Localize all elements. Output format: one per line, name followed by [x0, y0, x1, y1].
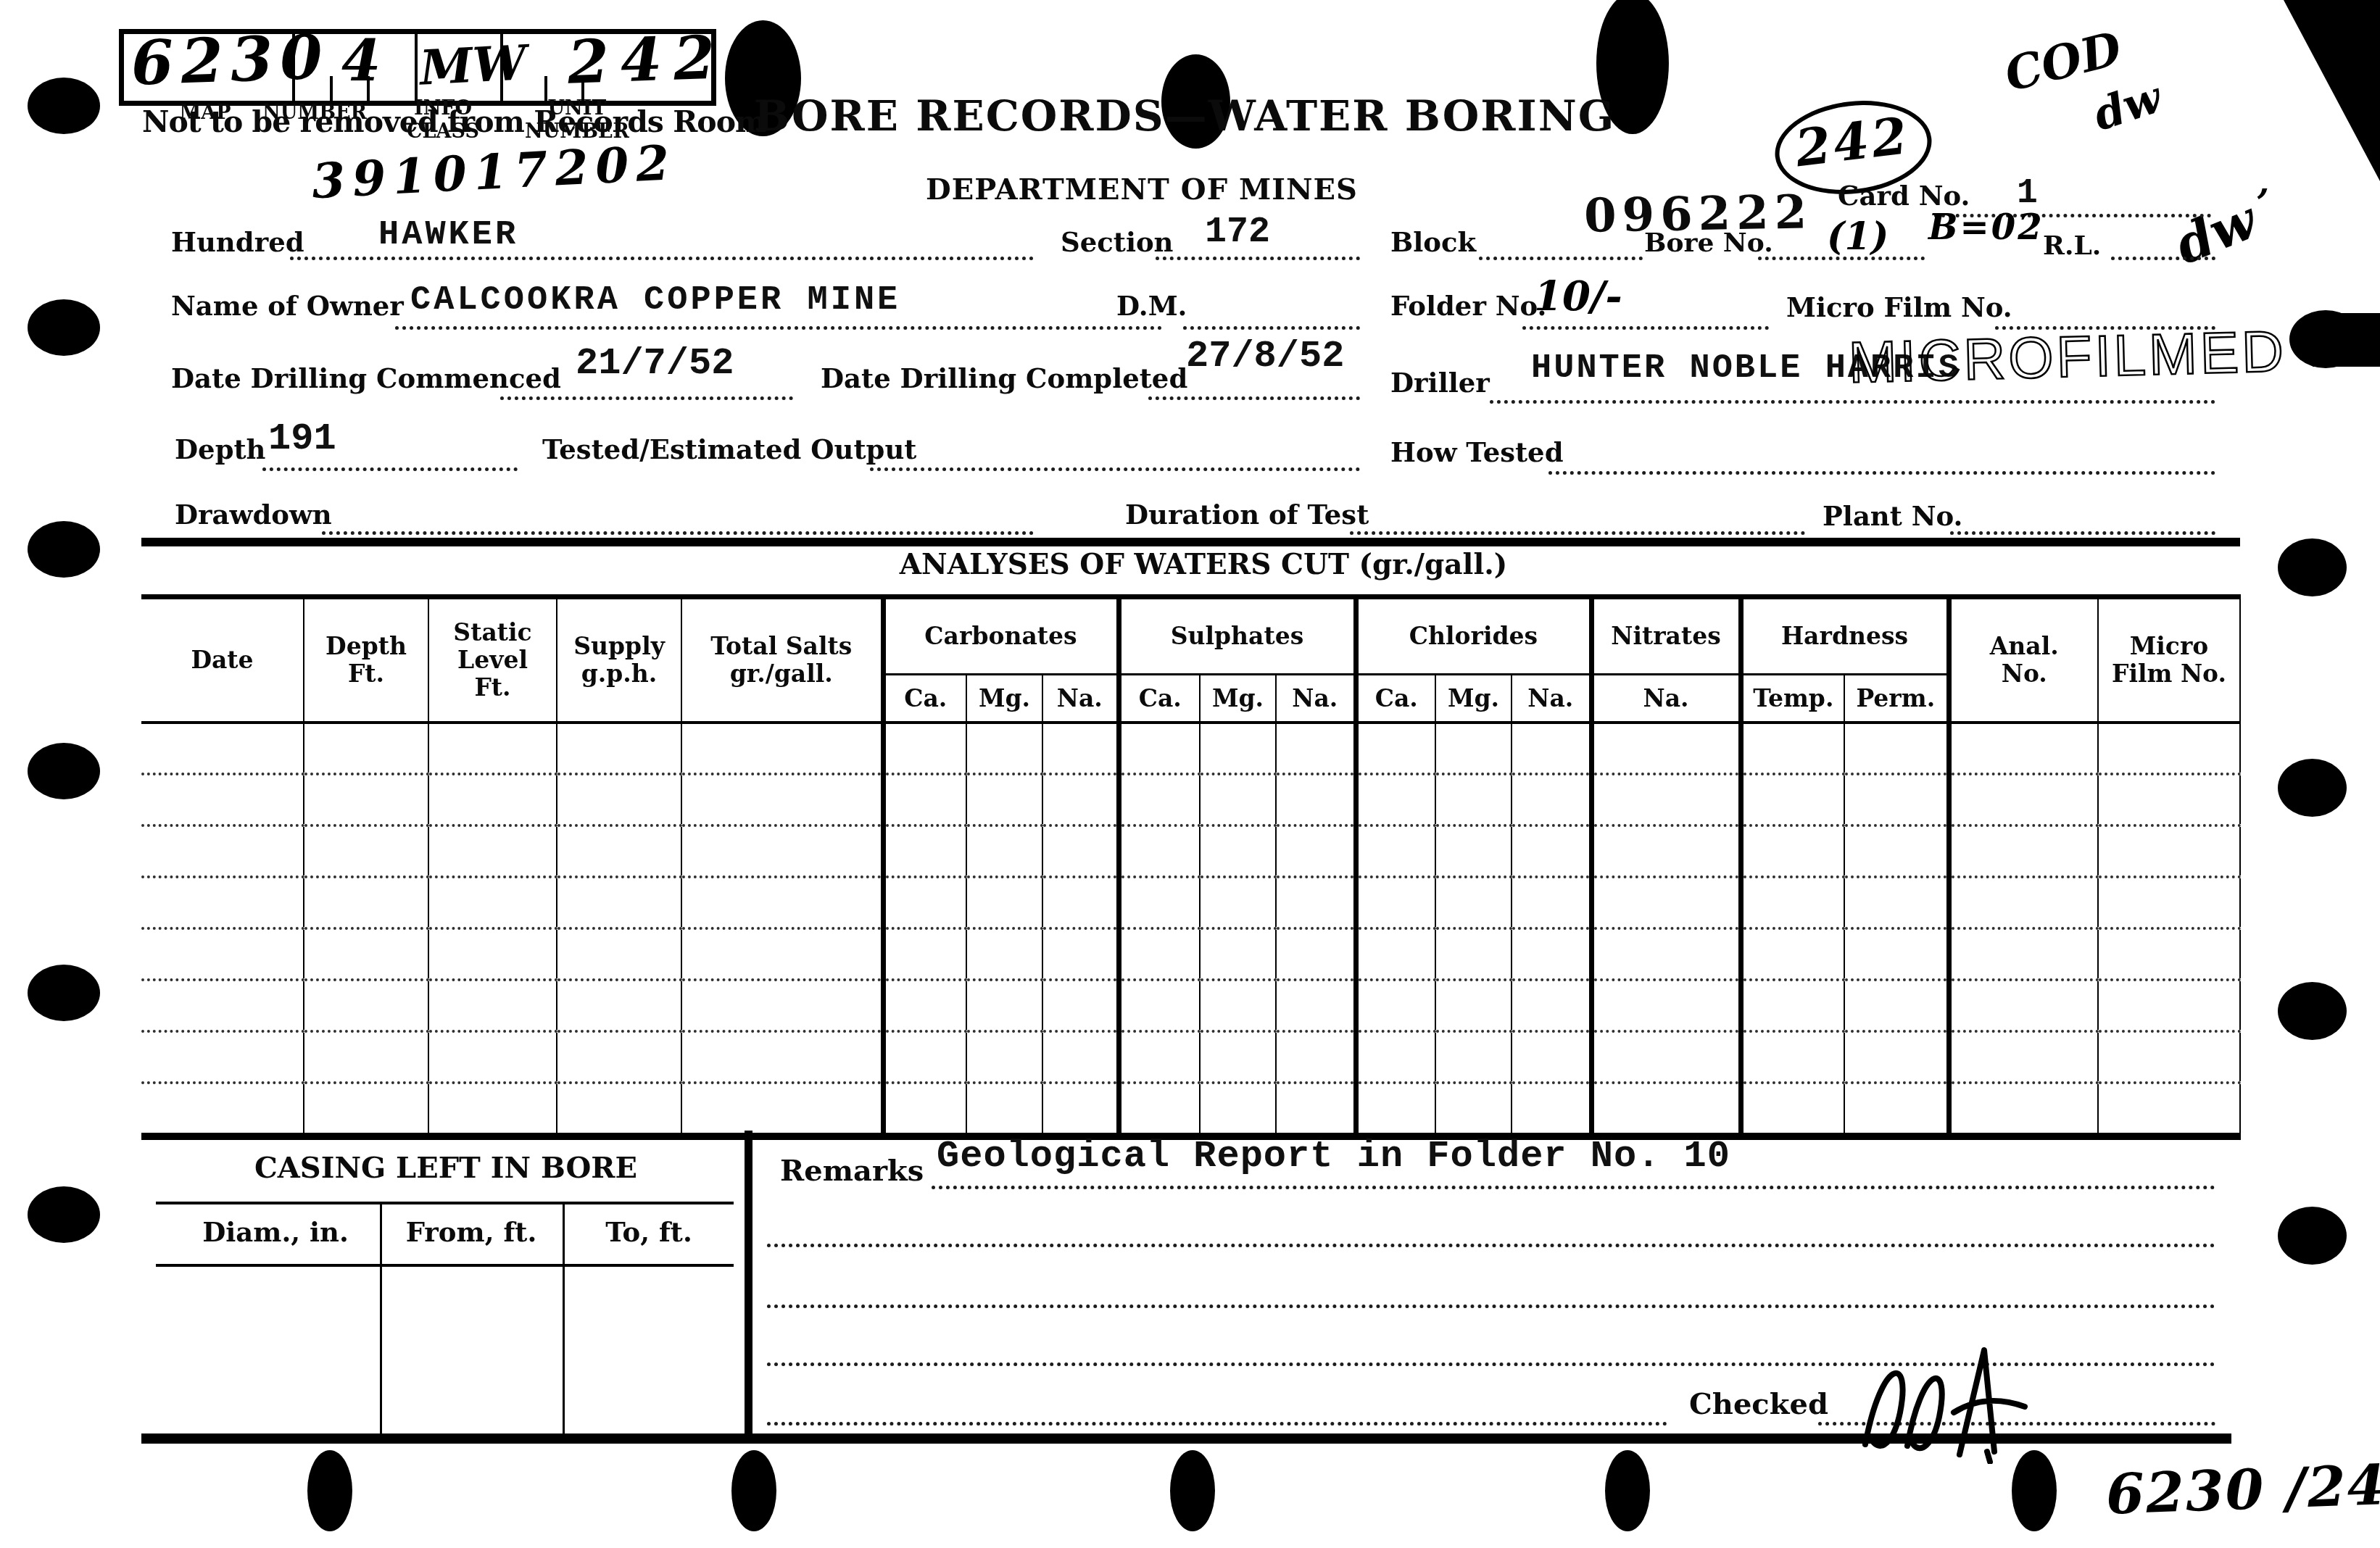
unit-number-value: 242	[566, 22, 727, 98]
analyses-empty-cell	[1119, 723, 1200, 774]
file-number: 391017202	[310, 134, 678, 209]
analyses-empty-cell	[557, 980, 681, 1031]
analyses-empty-cell	[1741, 774, 1844, 825]
sub-hardness-temp: Temp.	[1741, 675, 1844, 723]
analyses-empty-cell	[1356, 774, 1435, 825]
analyses-empty-cell	[1119, 877, 1200, 928]
rl-value: B=02	[1928, 207, 2044, 248]
analyses-empty-cell	[681, 1083, 883, 1136]
output-line	[870, 467, 1360, 471]
block-label: Block	[1390, 226, 1476, 258]
analyses-empty-cell	[1844, 1083, 1949, 1136]
driller-label: Driller	[1390, 367, 1490, 399]
analyses-empty-cell	[883, 877, 966, 928]
page-subtitle: DEPARTMENT OF MINES	[841, 172, 1443, 207]
analyses-empty-cell	[1949, 723, 2098, 774]
analyses-empty-cell	[1042, 980, 1119, 1031]
analyses-empty-cell	[1119, 980, 1200, 1031]
analyses-empty-cell	[1435, 877, 1512, 928]
sub-chlorides-mg: Mg.	[1435, 675, 1512, 723]
analyses-empty-cell	[1949, 774, 2098, 825]
analyses-empty-cell	[1356, 1031, 1435, 1083]
sub-sulphates-ca: Ca.	[1119, 675, 1200, 723]
sub-sulphates-mg: Mg.	[1200, 675, 1276, 723]
analyses-empty-cell	[1200, 774, 1276, 825]
analyses-empty-cell	[1042, 928, 1119, 980]
analyses-empty-cell	[2098, 774, 2240, 825]
owner-label: Name of Owner	[171, 290, 404, 322]
analyses-empty-cell	[141, 980, 304, 1031]
box-divider	[415, 34, 418, 101]
col-date: Date	[141, 597, 304, 723]
analyses-empty-cell	[1200, 1031, 1276, 1083]
analyses-empty-cell	[1356, 825, 1435, 877]
hundred-label: Hundred	[171, 226, 304, 258]
analyses-empty-cell	[1591, 1031, 1741, 1083]
sub-carbonates-ca: Ca.	[883, 675, 966, 723]
analyses-empty-cell	[1844, 825, 1949, 877]
analyses-empty-cell	[1591, 980, 1741, 1031]
analyses-empty-cell	[966, 928, 1042, 980]
analyses-empty-cell	[1042, 825, 1119, 877]
duration-label: Duration of Test	[1125, 499, 1369, 530]
analyses-empty-cell	[681, 723, 883, 774]
analyses-empty-cell	[1200, 723, 1276, 774]
punch-hole	[1605, 1450, 1650, 1531]
analyses-empty-cell	[1844, 723, 1949, 774]
punch-hole	[731, 1450, 776, 1531]
analyses-empty-cell	[883, 980, 966, 1031]
casing-col-from: From, ft.	[388, 1216, 555, 1248]
analyses-empty-cell	[1119, 1083, 1200, 1136]
analyses-empty-cell	[1356, 1083, 1435, 1136]
analyses-empty-cell	[428, 1083, 557, 1136]
casing-remarks-divider	[745, 1131, 752, 1442]
folder-no-label: Folder No.	[1390, 290, 1547, 322]
analyses-empty-cell	[1591, 877, 1741, 928]
punch-hole	[2278, 759, 2347, 817]
commenced-line	[500, 396, 793, 400]
analyses-empty-cell	[1512, 723, 1591, 774]
analyses-empty-cell	[1512, 877, 1591, 928]
analyses-empty-cell	[1591, 774, 1741, 825]
drawdown-label: Drawdown	[175, 499, 332, 530]
analyses-empty-cell	[1200, 825, 1276, 877]
analyses-empty-cell	[1512, 1031, 1591, 1083]
analyses-empty-cell	[2098, 980, 2240, 1031]
plant-no-line	[1950, 531, 2215, 535]
analyses-empty-cell	[681, 877, 883, 928]
completed-label: Date Drilling Completed	[821, 362, 1187, 394]
analyses-empty-cell	[883, 774, 966, 825]
analyses-empty-row	[141, 928, 2240, 980]
pen-mark: ’	[2256, 181, 2269, 225]
analyses-empty-cell	[1591, 723, 1741, 774]
analyses-empty-cell	[1435, 825, 1512, 877]
analyses-empty-cell	[557, 774, 681, 825]
casing-col-divider	[563, 1202, 565, 1438]
punch-hole	[1170, 1450, 1215, 1531]
map-number-value: 6230	[130, 20, 331, 99]
analyses-empty-cell	[2098, 825, 2240, 877]
analyses-empty-cell	[1435, 928, 1512, 980]
analyses-empty-cell	[966, 723, 1042, 774]
analyses-empty-cell	[966, 825, 1042, 877]
sub-carbonates-mg: Mg.	[966, 675, 1042, 723]
analyses-empty-cell	[1512, 825, 1591, 877]
analyses-empty-cell	[304, 877, 428, 928]
analyses-empty-cell	[2098, 1031, 2240, 1083]
analyses-table-body	[141, 723, 2240, 1136]
analyses-empty-cell	[1200, 877, 1276, 928]
analyses-empty-cell	[1042, 877, 1119, 928]
analyses-empty-cell	[1276, 1031, 1356, 1083]
analyses-empty-cell	[1042, 1083, 1119, 1136]
analyses-empty-cell	[883, 1031, 966, 1083]
analyses-empty-cell	[1949, 825, 2098, 877]
col-total-salts: Total Salts gr./gall.	[681, 597, 883, 723]
analyses-empty-cell	[1741, 1083, 1844, 1136]
page-title: BORE RECORDS—WATER BORING	[754, 91, 1522, 141]
analyses-empty-cell	[1119, 774, 1200, 825]
number-value: 4	[341, 28, 381, 94]
analyses-empty-cell	[1741, 980, 1844, 1031]
completed-line	[1148, 396, 1360, 400]
analyses-empty-cell	[1844, 774, 1949, 825]
analyses-empty-cell	[883, 928, 966, 980]
analyses-empty-row	[141, 825, 2240, 877]
analyses-empty-cell	[1276, 774, 1356, 825]
analyses-empty-cell	[1276, 825, 1356, 877]
analyses-empty-cell	[2098, 877, 2240, 928]
analyses-empty-cell	[1591, 928, 1741, 980]
analyses-empty-cell	[304, 980, 428, 1031]
sub-chlorides-ca: Ca.	[1356, 675, 1435, 723]
section-label: Section	[1061, 226, 1174, 258]
sub-chlorides-na: Na.	[1512, 675, 1591, 723]
pen-scribble: dw	[2087, 72, 2168, 141]
analyses-empty-cell	[1949, 877, 2098, 928]
output-label: Tested/Estimated Output	[542, 433, 916, 465]
bore-no-value: (1)	[1827, 215, 1888, 259]
analyses-empty-cell	[141, 1083, 304, 1136]
analyses-empty-cell	[1512, 774, 1591, 825]
analyses-empty-cell	[681, 928, 883, 980]
circled-number-value: 242	[1775, 103, 1931, 180]
info-class-value: MW	[418, 34, 528, 96]
commenced-value: 21/7/52	[576, 342, 734, 385]
analyses-empty-cell	[2098, 723, 2240, 774]
analyses-empty-cell	[1512, 1083, 1591, 1136]
analyses-empty-cell	[966, 774, 1042, 825]
analyses-empty-cell	[141, 723, 304, 774]
analyses-empty-cell	[1844, 980, 1949, 1031]
punch-hole	[2278, 538, 2347, 596]
microfilmed-stamp-text: MICROFILMED	[1848, 319, 2283, 395]
block-line	[1479, 257, 1643, 260]
casing-col-divider	[380, 1202, 382, 1438]
analyses-empty-cell	[1435, 1031, 1512, 1083]
folder-no-value: 10/-	[1534, 272, 1622, 320]
footer-reference: 6230 /242	[2105, 1451, 2380, 1526]
analyses-title: ANALYSES OF WATERS CUT (gr./gall.)	[899, 548, 1508, 581]
depth-label: Depth	[175, 433, 266, 465]
analyses-empty-cell	[1949, 928, 2098, 980]
col-micro-film-no: Micro Film No.	[2098, 597, 2240, 723]
analyses-empty-cell	[141, 877, 304, 928]
casing-header-top-line	[156, 1202, 734, 1204]
analyses-empty-cell	[557, 1031, 681, 1083]
analyses-table: Date Depth Ft. Static Level Ft. Supply g…	[141, 594, 2241, 1140]
analyses-empty-cell	[141, 1031, 304, 1083]
casing-title: CASING LEFT IN BORE	[156, 1151, 736, 1185]
punch-hole	[28, 78, 100, 134]
how-tested-line	[1548, 471, 2215, 475]
analyses-empty-cell	[1741, 1031, 1844, 1083]
plant-no-label: Plant No.	[1823, 500, 1962, 532]
analyses-empty-cell	[1119, 825, 1200, 877]
punch-hole	[307, 1450, 352, 1531]
analyses-empty-row	[141, 877, 2240, 928]
how-tested-label: How Tested	[1390, 436, 1564, 468]
group-sulphates: Sulphates	[1119, 597, 1356, 675]
analyses-empty-cell	[1741, 877, 1844, 928]
analyses-empty-cell	[883, 825, 966, 877]
analyses-empty-cell	[428, 1031, 557, 1083]
owner-value: CALCOOKRA COPPER MINE	[410, 281, 900, 320]
analyses-empty-cell	[1741, 723, 1844, 774]
analyses-empty-cell	[1512, 980, 1591, 1031]
analyses-empty-cell	[1042, 723, 1119, 774]
analyses-empty-row	[141, 1031, 2240, 1083]
analyses-empty-cell	[1949, 1031, 2098, 1083]
analyses-empty-cell	[1512, 928, 1591, 980]
analyses-empty-cell	[1435, 980, 1512, 1031]
punch-hole	[28, 1186, 100, 1243]
analyses-empty-cell	[428, 774, 557, 825]
analyses-empty-cell	[428, 825, 557, 877]
bottom-rule	[141, 1433, 2231, 1444]
analyses-empty-cell	[1200, 1083, 1276, 1136]
analyses-empty-cell	[1042, 774, 1119, 825]
depth-line	[262, 467, 518, 471]
group-hardness: Hardness	[1741, 597, 1949, 675]
analyses-empty-cell	[1949, 1083, 2098, 1136]
analyses-empty-cell	[1119, 1031, 1200, 1083]
analyses-empty-cell	[883, 723, 966, 774]
analyses-empty-cell	[141, 928, 304, 980]
analyses-empty-cell	[1356, 877, 1435, 928]
analyses-empty-cell	[681, 980, 883, 1031]
sub-carbonates-na: Na.	[1042, 675, 1119, 723]
col-supply: Supply g.p.h.	[557, 597, 681, 723]
analyses-empty-cell	[557, 928, 681, 980]
analyses-empty-cell	[557, 1083, 681, 1136]
col-depth: Depth Ft.	[304, 597, 428, 723]
casing-col-to: To, ft.	[573, 1216, 725, 1248]
analyses-empty-cell	[428, 877, 557, 928]
analyses-empty-cell	[1844, 877, 1949, 928]
analyses-empty-cell	[1200, 980, 1276, 1031]
analyses-empty-row	[141, 980, 2240, 1031]
analyses-empty-cell	[1042, 1031, 1119, 1083]
analyses-empty-cell	[2098, 1083, 2240, 1136]
analyses-empty-cell	[1356, 980, 1435, 1031]
analyses-empty-row	[141, 1083, 2240, 1136]
rl-line	[2111, 257, 2215, 260]
analyses-empty-cell	[304, 774, 428, 825]
analyses-empty-cell	[1591, 825, 1741, 877]
analyses-empty-cell	[966, 1031, 1042, 1083]
analyses-empty-cell	[1356, 928, 1435, 980]
checked-label: Checked	[1689, 1387, 1828, 1421]
sub-sulphates-na: Na.	[1276, 675, 1356, 723]
analyses-empty-cell	[428, 980, 557, 1031]
analyses-empty-cell	[966, 980, 1042, 1031]
microfilm-no-label: Micro Film No.	[1786, 291, 2012, 323]
section-divider-rule	[141, 538, 2240, 546]
analyses-empty-cell	[304, 723, 428, 774]
analyses-empty-cell	[1435, 723, 1512, 774]
analyses-empty-cell	[304, 1031, 428, 1083]
bore-record-card: 6230 4 MW 242 MAP NUMBER INFO CLASS UNIT…	[0, 0, 2380, 1548]
depth-value: 191	[268, 417, 336, 460]
analyses-empty-cell	[966, 1083, 1042, 1136]
punch-hole	[28, 743, 100, 799]
group-chlorides: Chlorides	[1356, 597, 1591, 675]
sub-nitrates-na: Na.	[1591, 675, 1741, 723]
analyses-empty-cell	[304, 825, 428, 877]
analyses-empty-cell	[681, 1031, 883, 1083]
analyses-empty-cell	[1949, 980, 2098, 1031]
analyses-empty-cell	[1200, 928, 1276, 980]
analyses-empty-cell	[557, 877, 681, 928]
col-anal-no: Anal. No.	[1949, 597, 2098, 723]
analyses-empty-cell	[681, 825, 883, 877]
analyses-empty-cell	[883, 1083, 966, 1136]
analyses-empty-cell	[1276, 980, 1356, 1031]
analyses-empty-cell	[2098, 928, 2240, 980]
analyses-empty-cell	[1119, 928, 1200, 980]
dm-label: D.M.	[1116, 290, 1187, 322]
punch-hole	[28, 521, 100, 578]
punch-hole	[28, 965, 100, 1021]
analyses-empty-cell	[141, 774, 304, 825]
analyses-empty-cell	[1276, 723, 1356, 774]
analyses-empty-cell	[557, 723, 681, 774]
checked-signature	[1845, 1337, 2055, 1467]
analyses-empty-cell	[966, 877, 1042, 928]
scan-streak	[2313, 313, 2380, 367]
punch-hole	[2278, 982, 2347, 1040]
group-nitrates: Nitrates	[1591, 597, 1741, 675]
remarks-line	[767, 1304, 2215, 1308]
commenced-label: Date Drilling Commenced	[171, 362, 561, 394]
analyses-empty-cell	[1356, 723, 1435, 774]
remarks-line	[932, 1186, 2215, 1189]
punch-hole	[28, 299, 100, 356]
owner-line	[395, 326, 1162, 330]
analyses-empty-cell	[304, 928, 428, 980]
punch-hole	[2278, 1207, 2347, 1265]
analyses-empty-cell	[1435, 1083, 1512, 1136]
analyses-empty-cell	[304, 1083, 428, 1136]
analyses-empty-cell	[557, 825, 681, 877]
section-line	[1156, 257, 1360, 260]
rl-label: R.L.	[2043, 230, 2101, 261]
duration-line	[1350, 531, 1805, 535]
hundred-line	[290, 257, 1034, 260]
analyses-empty-cell	[1435, 774, 1512, 825]
remarks-label: Remarks	[780, 1154, 924, 1188]
pen-scribble: dw	[2166, 188, 2265, 276]
remarks-line	[767, 1244, 2215, 1247]
analyses-empty-cell	[1591, 1083, 1741, 1136]
checked-line	[767, 1422, 1667, 1426]
microfilmed-stamp: MICROFILMED	[1846, 312, 2284, 406]
analyses-empty-cell	[1741, 825, 1844, 877]
drawdown-line	[322, 531, 1034, 535]
analyses-empty-row	[141, 723, 2240, 774]
analyses-empty-cell	[1741, 928, 1844, 980]
analyses-empty-cell	[1276, 877, 1356, 928]
bore-no-label: Bore No.	[1644, 228, 1773, 258]
analyses-empty-cell	[1276, 1083, 1356, 1136]
completed-value: 27/8/52	[1186, 335, 1344, 378]
hundred-value: HAWKER	[378, 216, 518, 254]
casing-col-diam: Diam., in.	[181, 1216, 370, 1248]
scan-corner-artifact	[2284, 0, 2380, 181]
group-carbonates: Carbonates	[883, 597, 1119, 675]
sub-hardness-perm: Perm.	[1844, 675, 1949, 723]
analyses-empty-cell	[428, 723, 557, 774]
analyses-empty-cell	[1276, 928, 1356, 980]
analyses-empty-cell	[681, 774, 883, 825]
analyses-empty-row	[141, 774, 2240, 825]
section-value: 172	[1205, 212, 1270, 253]
col-static-level: Static Level Ft.	[428, 597, 557, 723]
registration-box: 6230 4 MW 242	[119, 29, 716, 106]
analyses-empty-cell	[1844, 928, 1949, 980]
analyses-empty-cell	[1844, 1031, 1949, 1083]
casing-header-bottom-line	[156, 1264, 734, 1267]
folder-no-line	[1522, 326, 1769, 330]
analyses-empty-cell	[428, 928, 557, 980]
remarks-value: Geological Report in Folder No. 10	[937, 1135, 1730, 1178]
dm-line	[1183, 326, 1360, 330]
analyses-empty-cell	[141, 825, 304, 877]
